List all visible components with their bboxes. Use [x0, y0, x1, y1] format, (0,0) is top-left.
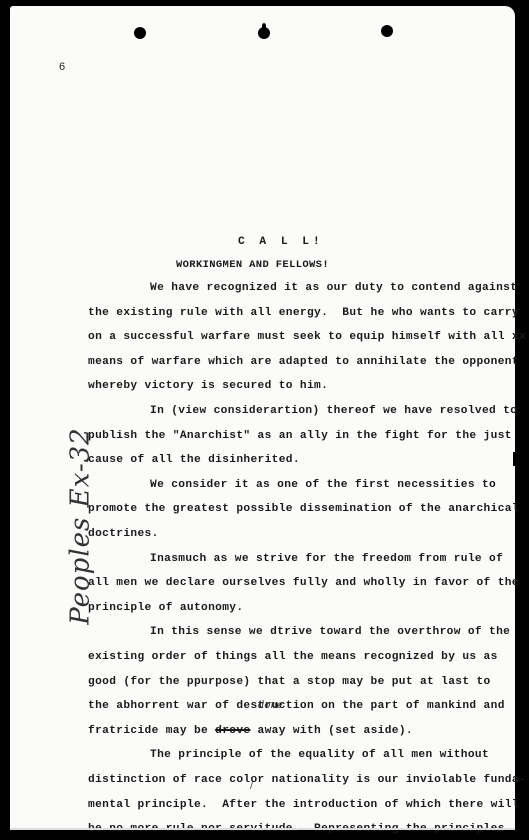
text-line: In this sense we dtrive toward the overt… [150, 626, 510, 638]
exhibit-annotation: Peoples Ex-32 [66, 427, 96, 624]
text-line: We consider it as one of the first neces… [150, 479, 496, 491]
text-line: principle of autonomy. [88, 602, 243, 614]
text-line: cause of all the disinherited. [88, 454, 300, 466]
text-line: means of warfare which are adapted to an… [88, 356, 519, 368]
line-text: away with (set aside). [250, 725, 412, 737]
salutation: WORKINGMEN AND FELLOWS! [176, 259, 329, 271]
insertion-mark: / [250, 781, 253, 791]
paper-tear [513, 452, 519, 466]
page-bottom-edge [10, 828, 515, 830]
text-line: The principle of the equality of all men… [150, 749, 489, 761]
text-line: good (for the ppurpose) that a stop may … [88, 676, 491, 688]
page-number: 6 [59, 61, 65, 73]
text-line: on a successful warfare must seek to equ… [88, 331, 526, 343]
paper-shadow-edge [515, 546, 519, 664]
text-line: We have recognized it as our duty to con… [150, 282, 517, 294]
text-line: whereby victory is secured to him. [88, 380, 328, 392]
line-text: fratricide may be [88, 725, 215, 737]
handwritten-correction: done [258, 700, 283, 711]
document-page: 6 C A L L! WORKINGMEN AND FELLOWS! We ha… [10, 6, 515, 830]
text-line: mental principle. After the introduction… [88, 799, 519, 811]
struck-word: drove [215, 725, 250, 737]
text-line: the abhorrent war of destruction on the … [88, 700, 505, 712]
text-line: all men we declare ourselves fully and w… [88, 577, 519, 589]
text-line: distinction of race color nationality is… [88, 774, 526, 786]
punch-hole-right [381, 25, 393, 37]
text-line: doctrines. [88, 528, 159, 540]
text-line: fratricide may be drove away with (set a… [88, 725, 413, 737]
text-line: the existing rule with all energy. But h… [88, 307, 519, 319]
text-line: existing order of things all the means r… [88, 651, 498, 663]
document-title: C A L L! [238, 236, 324, 248]
punch-hole-center [258, 27, 270, 39]
punch-hole-left [134, 27, 146, 39]
text-line: publish the "Anarchist" as an ally in th… [88, 430, 512, 442]
text-line: Inasmuch as we strive for the freedom fr… [150, 553, 503, 565]
text-line: promote the greatest possible disseminat… [88, 503, 519, 515]
text-line: In (view considerartion) thereof we have… [150, 405, 517, 417]
